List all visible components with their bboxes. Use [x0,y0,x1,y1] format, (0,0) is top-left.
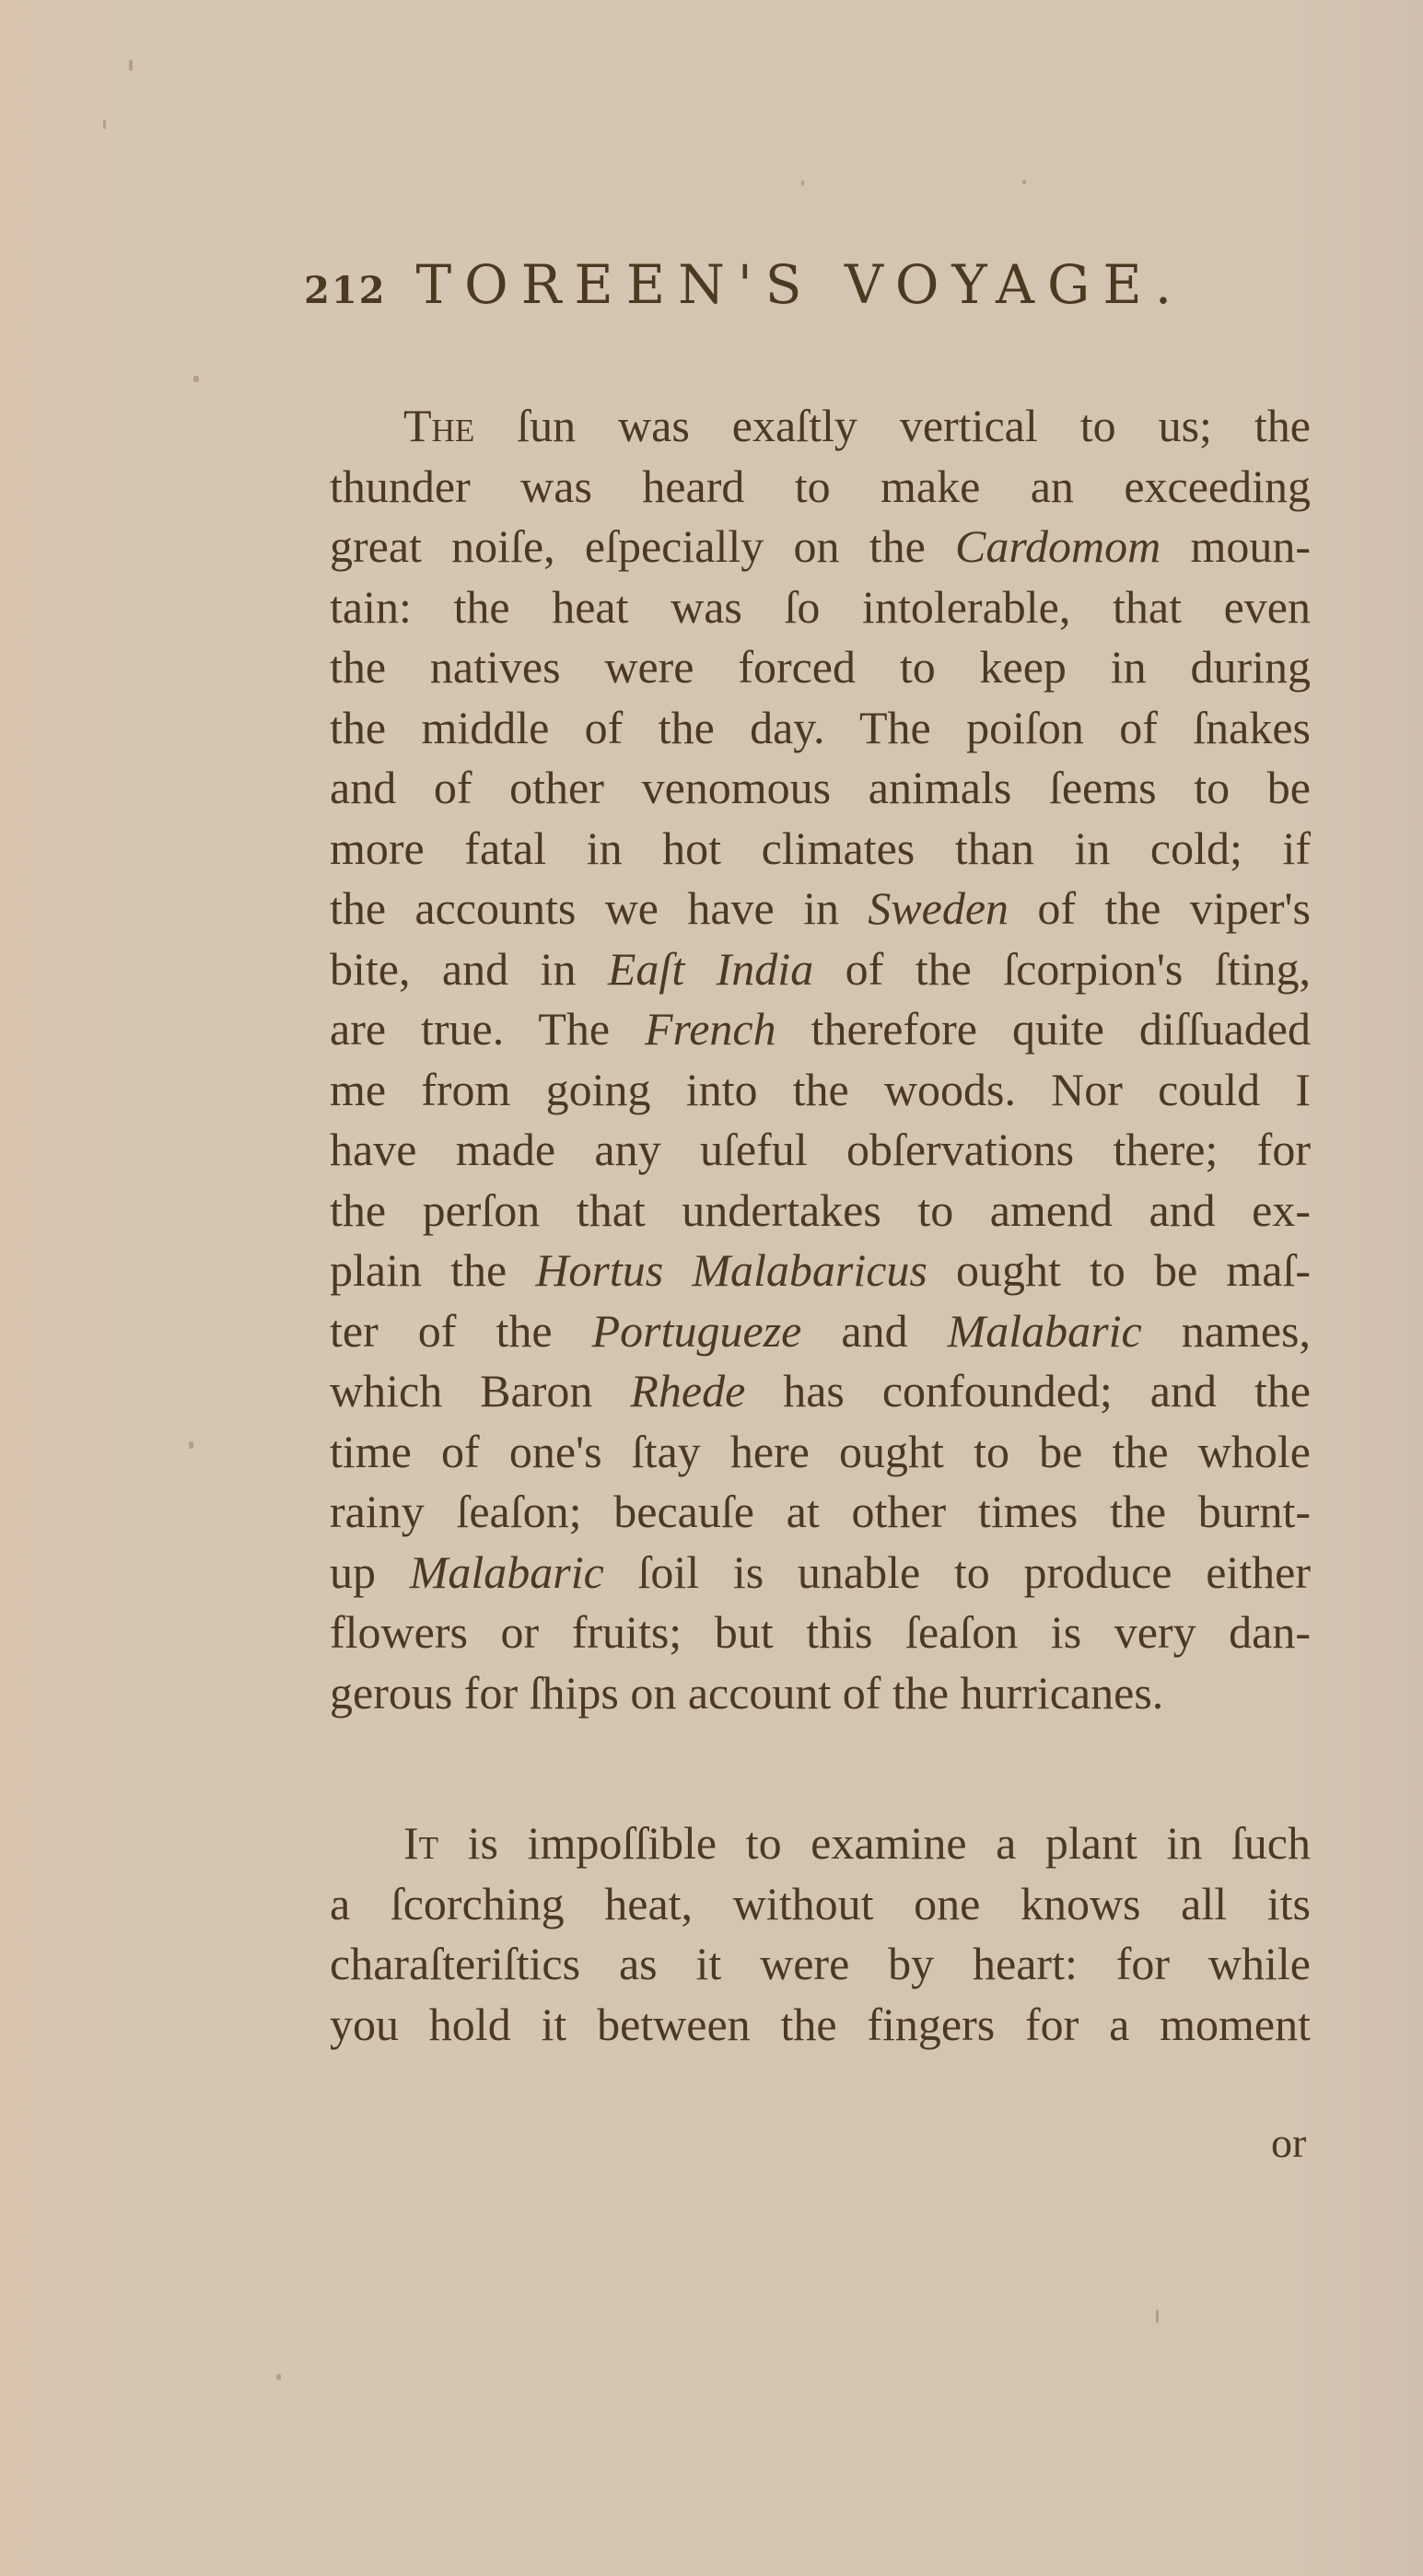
text-segment: of the viper's [1009,882,1311,934]
running-title: TOREEN'S VOYAGE. [416,253,1185,316]
text-line: flowers or fruits; but this ſeaſon is ve… [330,1603,1311,1663]
initial-word: The [403,400,474,451]
text-segment: ter of the [330,1305,592,1357]
text-segment: have made any uſeful obſervations there;… [330,1124,1311,1175]
text-line: time of one's ſtay here ought to be the … [330,1422,1311,1483]
text-segment: gerous for ſhips on account of the hurri… [330,1667,1163,1719]
text-segment: charaſteriſtics as it were by heart: for… [330,1938,1311,1989]
text-segment: up [330,1546,410,1598]
text-line: tain: the heat was ſo intolerable, that … [330,577,1311,638]
text-line: up Malabaric ſoil is unable to produce e… [330,1543,1311,1603]
text-segment: therefore quite diſſuaded [776,1003,1311,1055]
paper-fleck [1022,180,1026,184]
text-line: have made any uſeful obſervations there;… [330,1120,1311,1181]
paper-fleck [103,120,106,129]
text-segment: time of one's ſtay here ought to be the … [330,1426,1311,1477]
text-segment: ſoil is unable to produce either [604,1546,1311,1598]
paper-fleck [189,1441,193,1449]
text-line: the natives were forced to keep in durin… [330,637,1311,698]
text-line: more fatal in hot climates than in cold;… [330,819,1311,880]
text-segment: of the ſcorpion's ſting, [813,943,1311,995]
text-segment: a ſcorching heat, without one knows all … [330,1878,1311,1929]
italic-term: Malabaric [410,1546,604,1598]
text-segment: bite, and in [330,943,608,995]
catchword: or [1271,2118,1306,2167]
text-line: the perſon that undertakes to amend and … [330,1181,1311,1241]
text-segment: has confounded; and the [745,1365,1311,1416]
italic-term: Rhede [630,1365,745,1416]
text-line: rainy ſeaſon; becauſe at other times the… [330,1482,1311,1543]
italic-term: Malabaric [948,1305,1142,1357]
text-line: you hold it between the fingers for a mo… [330,1995,1311,2056]
text-segment: the middle of the day. The poiſon of ſna… [330,702,1311,753]
initial-word: It [403,1817,438,1869]
text-segment: and [801,1305,947,1357]
text-line: a ſcorching heat, without one knows all … [330,1874,1311,1935]
italic-term: Hortus Malabaricus [535,1244,927,1296]
italic-term: Sweden [868,882,1009,934]
text-segment: rainy ſeaſon; becauſe at other times the… [330,1486,1311,1537]
paper-fleck [193,376,199,382]
italic-term: Cardomom [955,520,1161,572]
book-page: 212 TOREEN'S VOYAGE. The ſun was exaſtly… [0,0,1423,2576]
paper-fleck [1156,2310,1159,2323]
text-line: bite, and in Eaſt India of the ſcorpion'… [330,939,1311,1000]
paper-fleck [276,2374,281,2380]
text-segment: are true. The [330,1003,645,1055]
running-head: 212 TOREEN'S VOYAGE. [304,253,1317,327]
text-line: the accounts we have in Sweden of the vi… [330,879,1311,939]
text-segment: flowers or fruits; but this ſeaſon is ve… [330,1606,1311,1658]
text-segment: you hold it between the fingers for a mo… [330,1999,1311,2050]
text-line: great noiſe, eſpecially on the Cardomom … [330,517,1311,577]
body-text: The ſun was exaſtly vertical to us; thet… [330,396,1311,2055]
text-segment: names, [1142,1305,1311,1357]
text-line: are true. The French therefore quite diſ… [330,999,1311,1060]
text-line: which Baron Rhede has confounded; and th… [330,1361,1311,1422]
page-number: 212 [304,269,387,312]
text-line: gerous for ſhips on account of the hurri… [330,1663,1311,1724]
text-segment: plain the [330,1244,535,1296]
italic-term: Portugueze [592,1305,802,1357]
text-segment: the natives were forced to keep in durin… [330,641,1311,693]
paper-fleck [801,181,804,186]
text-line: plain the Hortus Malabaricus ought to be… [330,1241,1311,1301]
text-segment: thunder was heard to make an exceeding [330,460,1311,512]
text-segment: ought to be maſ- [927,1244,1311,1296]
text-segment: ſun was exaſtly vertical to us; the [474,400,1311,451]
text-line: me from going into the woods. Nor could … [330,1060,1311,1121]
text-line: The ſun was exaſtly vertical to us; the [330,396,1311,457]
text-line: the middle of the day. The poiſon of ſna… [330,698,1311,759]
italic-term: Eaſt India [608,943,813,995]
text-segment: and of other venomous animals ſeems to b… [330,762,1311,813]
paper-fleck [129,60,133,71]
text-line: and of other venomous animals ſeems to b… [330,758,1311,819]
text-segment: the accounts we have in [330,882,868,934]
text-segment: is impoſſible to examine a plant in ſuch [438,1817,1311,1869]
text-segment: me from going into the woods. Nor could … [330,1064,1311,1115]
text-segment: which Baron [330,1365,630,1416]
paragraph-gap [330,1723,1311,1813]
italic-term: French [645,1003,776,1055]
text-segment: great noiſe, eſpecially on the [330,520,955,572]
text-line: charaſteriſtics as it were by heart: for… [330,1934,1311,1995]
text-segment: the perſon that undertakes to amend and … [330,1184,1311,1236]
text-line: thunder was heard to make an exceeding [330,457,1311,518]
text-segment: tain: the heat was ſo intolerable, that … [330,581,1311,633]
text-segment: more fatal in hot climates than in cold;… [330,822,1311,874]
text-line: It is impoſſible to examine a plant in ſ… [330,1813,1311,1874]
text-line: ter of the Portugueze and Malabaric name… [330,1301,1311,1362]
text-segment: moun- [1161,520,1311,572]
